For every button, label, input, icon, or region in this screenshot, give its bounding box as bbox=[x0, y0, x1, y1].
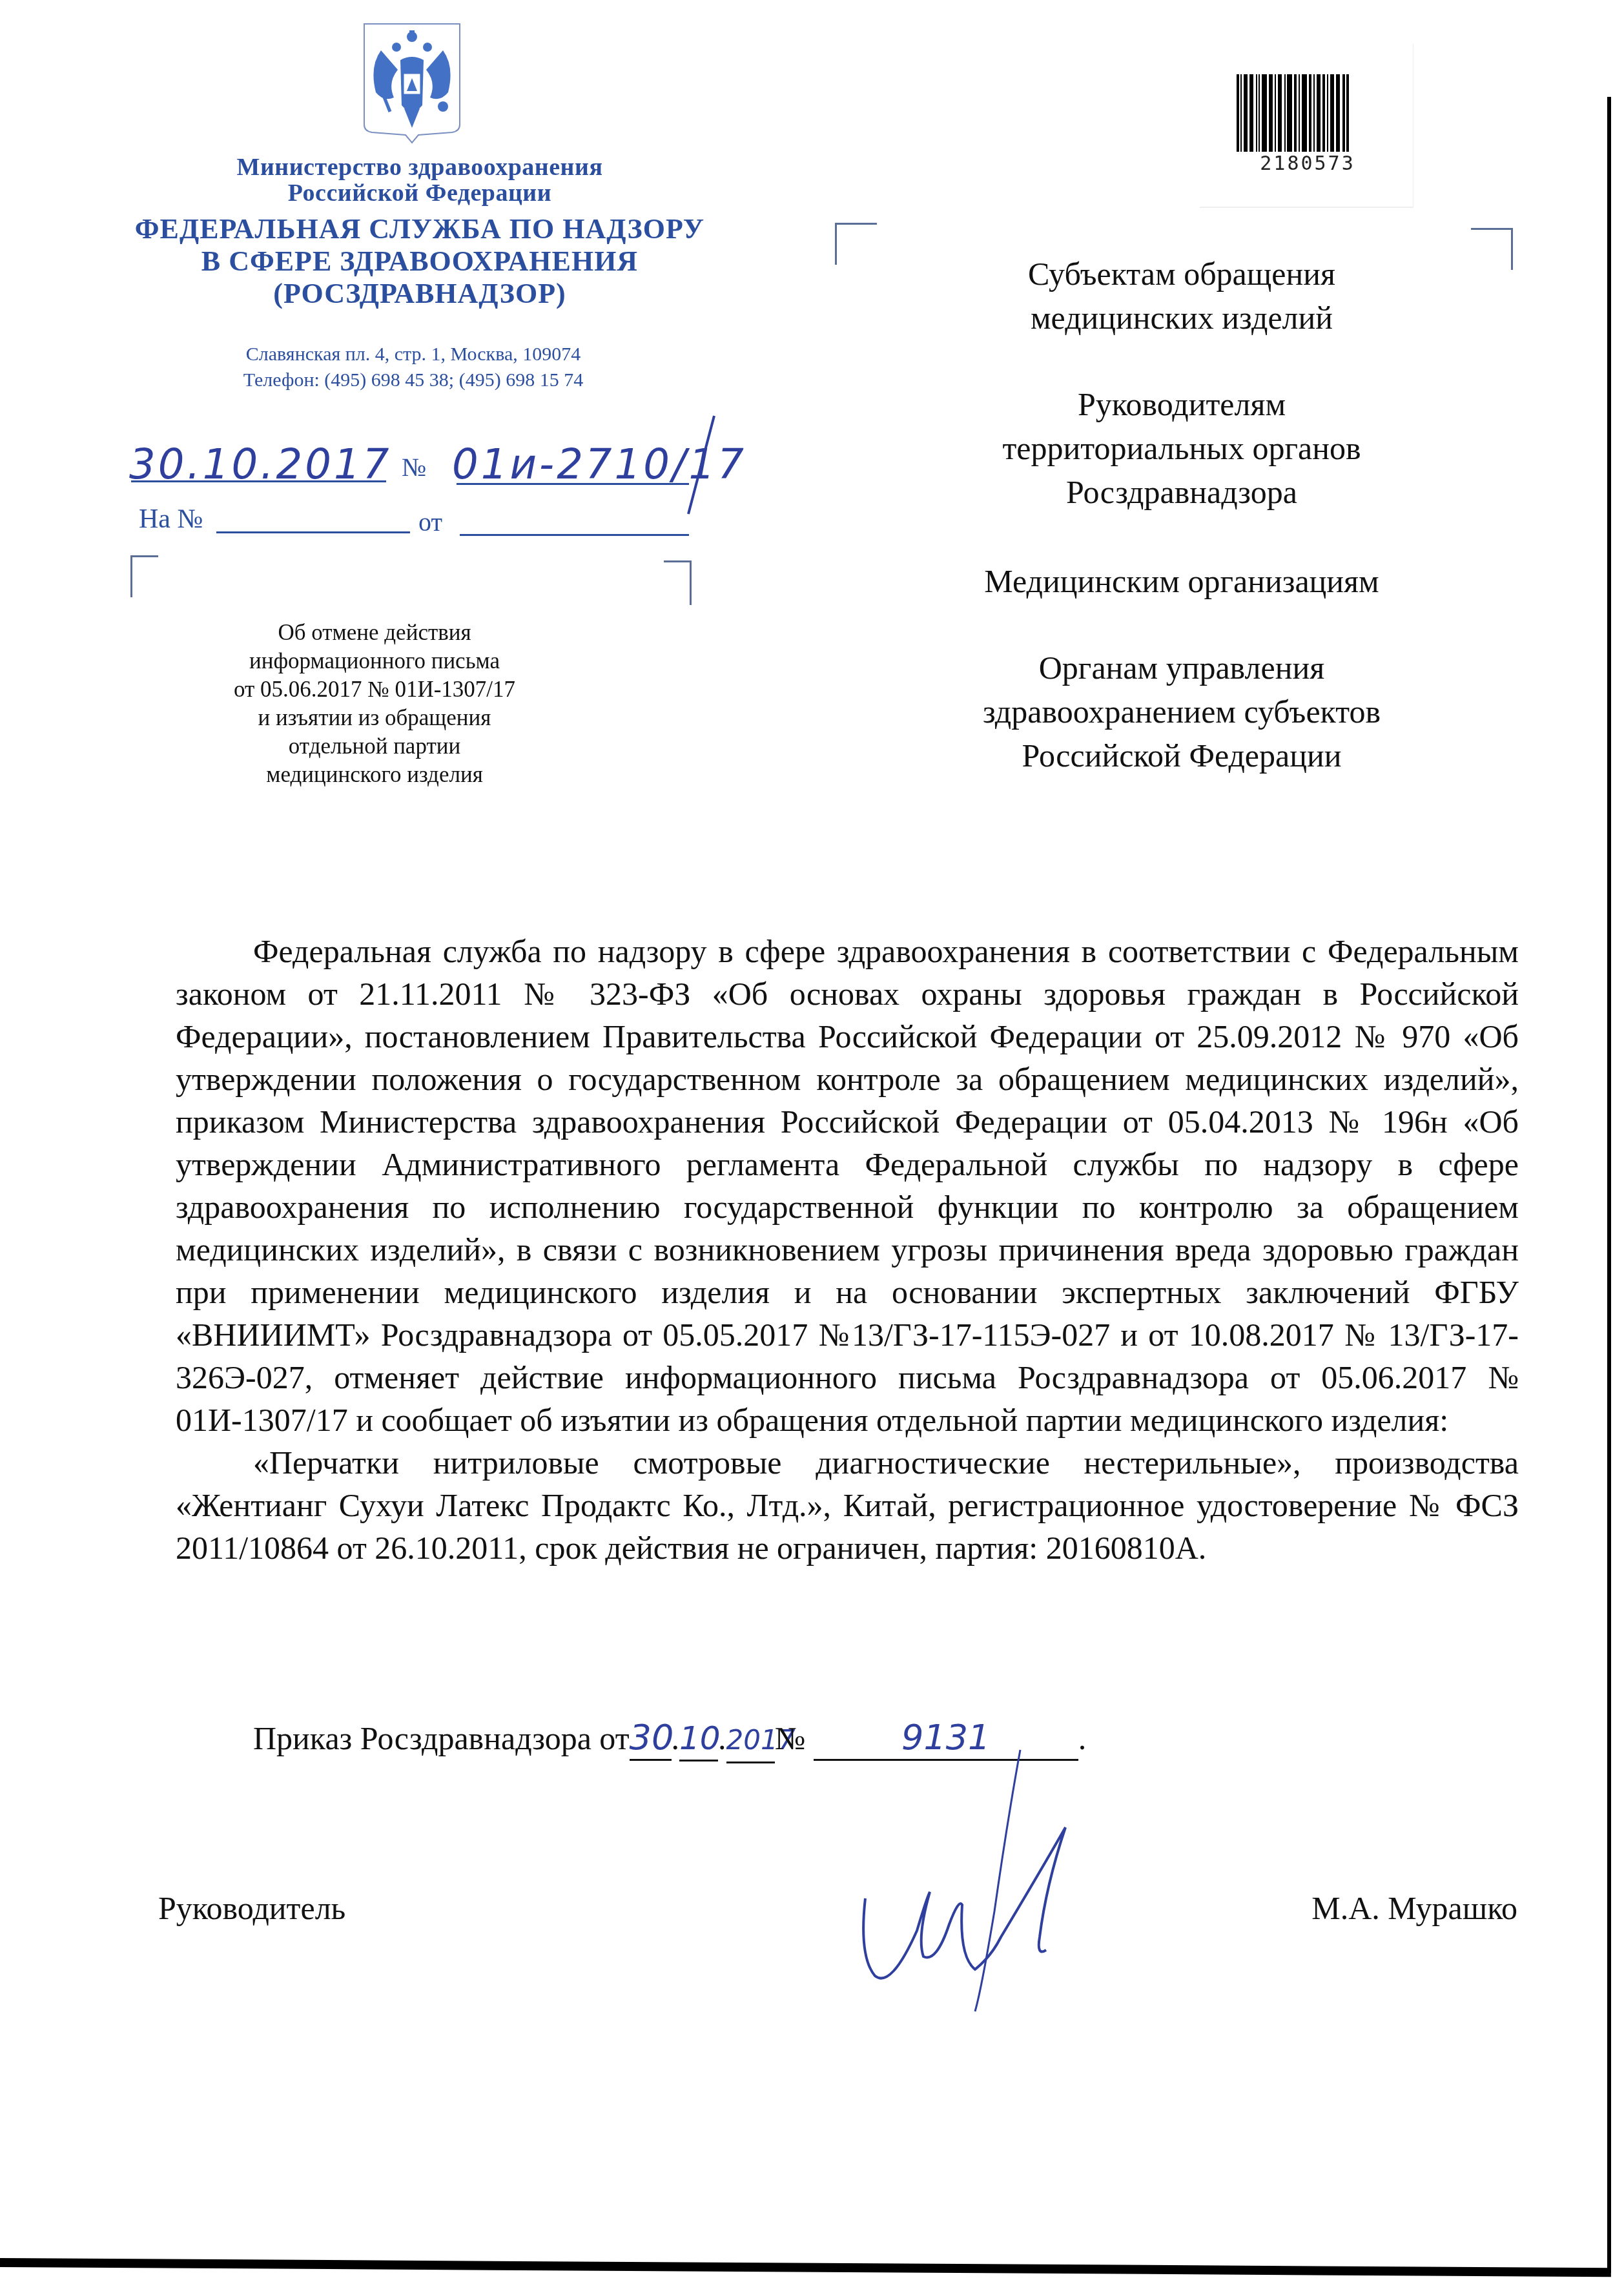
reply-from-field[interactable] bbox=[460, 534, 689, 536]
scan-edge-right bbox=[1607, 97, 1611, 2273]
ministry-line-2: Российской Федерации bbox=[187, 180, 652, 207]
recipient-line: Российской Федерации bbox=[898, 734, 1466, 777]
number-underline bbox=[457, 483, 689, 485]
ministry-line-1: Министерство здравоохранения bbox=[187, 154, 652, 181]
subject-block: Об отмене действия информационного письм… bbox=[194, 619, 555, 789]
recipient-group: Субъектам обращения медицинских изделий bbox=[898, 252, 1466, 340]
order-year: 2017 bbox=[726, 1719, 775, 1763]
recipient-line: Органам управления bbox=[898, 646, 1466, 690]
recipient-group: Органам управления здравоохранением субъ… bbox=[898, 646, 1466, 777]
subject-line: от 05.06.2017 № 01И-1307/17 bbox=[194, 675, 555, 704]
service-line-2: В СФЕРЕ ЗДРАВООХРАНЕНИЯ bbox=[123, 245, 717, 278]
body-paragraph: «Перчатки нитриловые смотровые диагности… bbox=[176, 1441, 1519, 1569]
service-line-1: ФЕДЕРАЛЬНАЯ СЛУЖБА ПО НАДЗОРУ bbox=[123, 213, 717, 245]
service-line-3: (РОСЗДРАВНАДЗОР) bbox=[123, 278, 717, 310]
subject-bracket-right bbox=[664, 560, 692, 605]
barcode bbox=[1237, 74, 1379, 152]
signatory-name: М.А. Мурашко bbox=[1311, 1889, 1517, 1927]
subject-line: и изъятии из обращения bbox=[194, 704, 555, 732]
barcode-number: 2180573 bbox=[1249, 152, 1366, 175]
order-number-label: № bbox=[775, 1720, 806, 1756]
subject-line: Об отмене действия bbox=[194, 619, 555, 647]
russian-coat-of-arms-icon bbox=[362, 21, 462, 144]
subject-line: медицинского изделия bbox=[194, 761, 555, 789]
phone-line: Телефон: (495) 698 45 38; (495) 698 15 7… bbox=[168, 368, 659, 393]
number-label: № bbox=[402, 452, 426, 482]
reply-to-field[interactable] bbox=[216, 531, 410, 533]
subject-line: отдельной партии bbox=[194, 732, 555, 761]
subject-line: информационного письма bbox=[194, 647, 555, 675]
reply-from-label: от bbox=[418, 507, 442, 537]
order-month: 10 bbox=[679, 1717, 718, 1761]
recipient-line: здравоохранением субъектов bbox=[898, 690, 1466, 734]
number-slash-mark bbox=[684, 413, 717, 517]
recipient-line: территориальных органов bbox=[898, 426, 1466, 470]
recipient-line: Медицинским организациям bbox=[898, 559, 1466, 603]
date-underline bbox=[131, 480, 386, 482]
signatory-position: Руководитель bbox=[158, 1889, 345, 1927]
letter-body: Федеральная служба по надзору в сфере зд… bbox=[176, 930, 1519, 1569]
address-line: Славянская пл. 4, стр. 1, Москва, 109074 bbox=[168, 342, 659, 367]
recipient-group: Руководителям территориальных органов Ро… bbox=[898, 382, 1466, 514]
reply-to-label: На № bbox=[139, 504, 203, 535]
recipient-bracket-left bbox=[835, 223, 877, 265]
recipient-line: медицинских изделий bbox=[898, 296, 1466, 340]
order-day: 30 bbox=[630, 1716, 672, 1761]
recipient-bracket-right bbox=[1471, 228, 1513, 270]
recipient-group: Медицинским организациям bbox=[898, 559, 1466, 603]
body-paragraph: Федеральная служба по надзору в сфере зд… bbox=[176, 930, 1519, 1441]
order-prefix: Приказ Росздравнадзора от bbox=[253, 1720, 630, 1756]
subject-bracket-left bbox=[130, 555, 158, 597]
recipient-line: Субъектам обращения bbox=[898, 252, 1466, 296]
handwritten-signature-icon bbox=[846, 1743, 1182, 2015]
scan-edge-bottom bbox=[0, 2258, 1611, 2277]
recipient-line: Росздравнадзора bbox=[898, 470, 1466, 514]
recipient-line: Руководителям bbox=[898, 382, 1466, 426]
